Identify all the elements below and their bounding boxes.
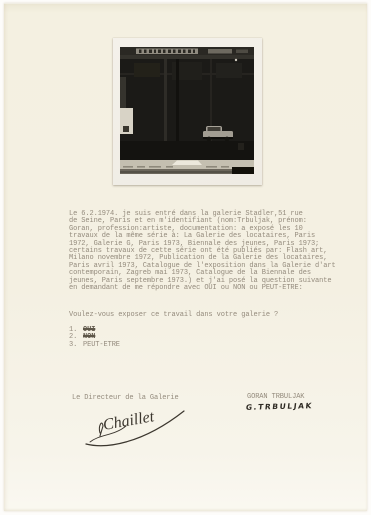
director-title: Le Directeur de la Galerie [72,394,179,402]
artist-handwritten-signature: G.TRBULJAK [245,401,313,412]
letter-body-text: Le 6.2.1974. je suis entré dans la galer… [69,211,351,292]
option-peut-etre: 3. PEUT-ETRE [69,342,120,349]
storefront-photo [120,47,254,174]
option-label-peut-etre: PEUT-ETRE [83,342,120,349]
director-signature: Chaillet [84,402,192,448]
director-signature-text: Chaillet [102,408,156,434]
option-number: 3. [69,342,78,349]
letter-paper: Le 6.2.1974. je suis entré dans la galer… [4,3,367,511]
scanned-letter-document: Le 6.2.1974. je suis entré dans la galer… [0,0,371,515]
answer-options-list: 1. OUI 2. NON 3. PEUT-ETRE [69,327,120,349]
artist-typed-name: GORAN TRBULJAK [247,393,304,401]
question-line: Voulez-vous exposer ce travail dans votr… [69,311,278,319]
photo-print [113,38,262,185]
